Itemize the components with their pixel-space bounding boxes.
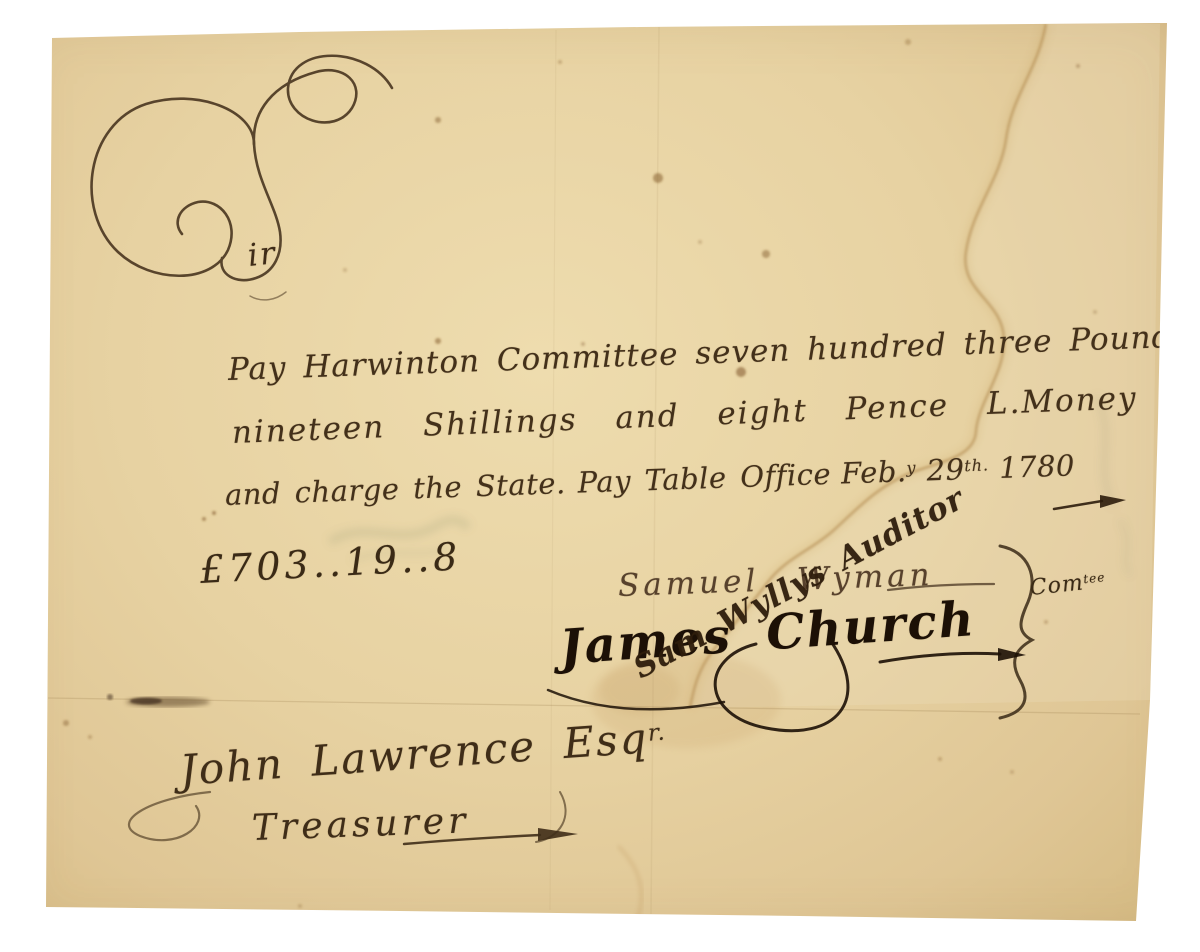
date-dash-tip: [1100, 495, 1126, 508]
committee-brace: [1000, 546, 1032, 718]
date-day-superscript: th.: [964, 455, 989, 475]
addressee-name: John Lawrence Esqr.: [178, 712, 667, 795]
body-line-2: nineteen Shillings and eight Pence L.Mon…: [231, 380, 1138, 451]
date-year: 1780: [999, 448, 1076, 485]
salutation-rest: ir: [246, 235, 278, 274]
office-name: Pay Table Office: [577, 457, 832, 500]
amount-figure: £703..19..8: [199, 534, 463, 592]
committee-brace-label: Comtee: [1029, 568, 1107, 601]
charge-clause: and charge the State.: [224, 466, 566, 512]
addressee-title: Treasurer: [251, 800, 470, 849]
addressee-name-superscript: r.: [647, 720, 667, 747]
date-month: Feb.: [840, 454, 907, 490]
date-month-superscript: y: [906, 458, 917, 477]
paper-sheet: ir Pay Harwinton Committee seven hundred…: [0, 0, 1200, 952]
salutation-initial-flourish: [92, 56, 392, 300]
ink-smudge: [107, 694, 210, 707]
scanned-document: ir Pay Harwinton Committee seven hundred…: [0, 0, 1200, 952]
body-line-1: Pay Harwinton Committee seven hundred th…: [227, 318, 1189, 388]
addressee-initial-loop: [129, 792, 210, 840]
date-day: 29: [926, 452, 965, 487]
treasurer-arrow-tip: [538, 828, 578, 841]
